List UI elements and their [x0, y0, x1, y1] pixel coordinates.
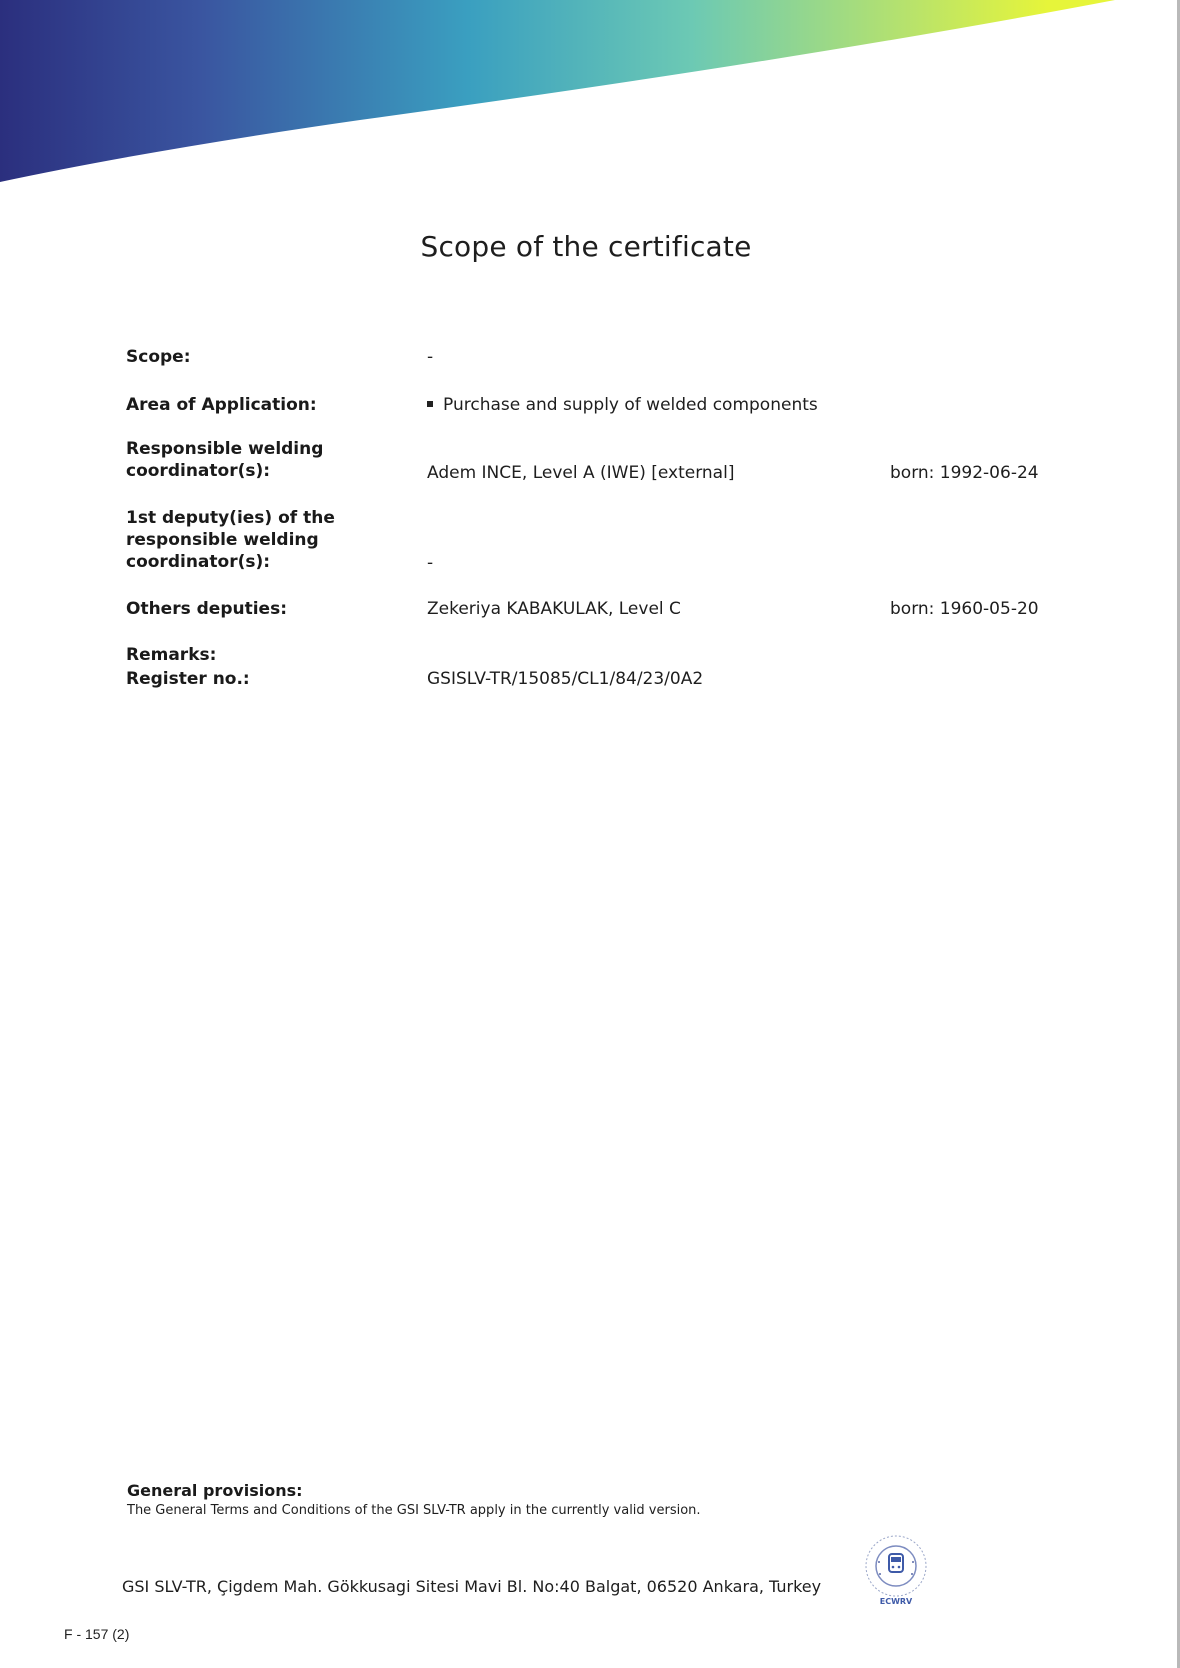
scope-value: - [427, 346, 433, 368]
responsible-coordinator-label-line2: coordinator(s): [126, 460, 270, 482]
responsible-coordinator-value: Adem INCE, Level A (IWE) [external] [427, 462, 734, 484]
general-provisions-text: The General Terms and Conditions of the … [127, 1501, 701, 1521]
area-of-application-item: Purchase and supply of welded components [427, 394, 818, 416]
general-provisions: General provisions: The General Terms an… [127, 1481, 701, 1521]
first-deputy-label-line1: 1st deputy(ies) of the [126, 507, 335, 529]
other-deputies-born: born: 1960-05-20 [890, 598, 1039, 620]
general-provisions-heading: General provisions: [127, 1481, 701, 1501]
first-deputy-label-line2: responsible welding [126, 529, 319, 551]
register-no-label: Register no.: [126, 668, 250, 690]
responsible-coordinator-born: born: 1992-06-24 [890, 462, 1039, 484]
other-deputies-label: Others deputies: [126, 598, 287, 620]
area-of-application-label: Area of Application: [126, 394, 317, 416]
header-gradient-banner [0, 0, 1180, 190]
page-title: Scope of the certificate [0, 230, 1172, 263]
responsible-coordinator-label-line1: Responsible welding [126, 438, 323, 460]
bullet-icon [427, 401, 433, 407]
area-of-application-value: Purchase and supply of welded components [443, 395, 818, 415]
ecwrv-seal-icon: ECWRV [858, 1532, 934, 1608]
other-deputies-value: Zekeriya KABAKULAK, Level C [427, 598, 681, 620]
register-no-value: GSISLV-TR/15085/CL1/84/23/0A2 [427, 668, 703, 690]
first-deputy-value: - [427, 552, 433, 574]
first-deputy-label-line3: coordinator(s): [126, 551, 270, 573]
form-code: F - 157 (2) [64, 1626, 129, 1642]
scope-label: Scope: [126, 346, 191, 368]
remarks-label: Remarks: [126, 644, 216, 666]
footer-address: GSI SLV-TR, Çigdem Mah. Gökkusagi Sitesi… [122, 1577, 821, 1596]
svg-text:ECWRV: ECWRV [880, 1597, 913, 1606]
